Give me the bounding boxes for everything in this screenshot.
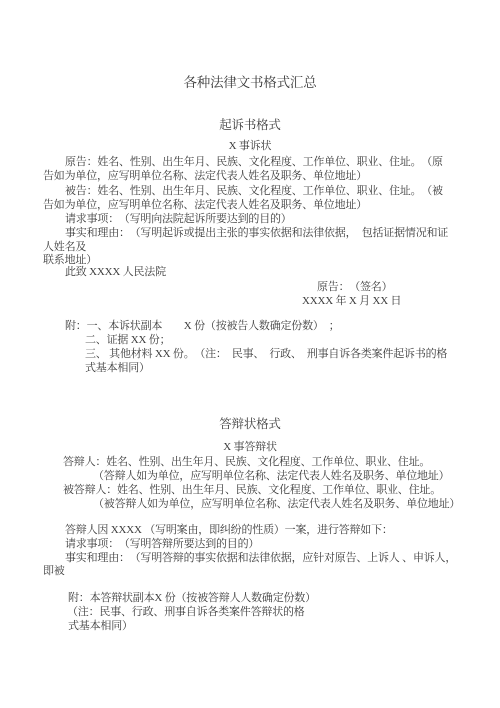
defense-respondent-line-2: （答辩人如为单位，应写明单位名称、法定代表人姓名及职务、单位地址） xyxy=(93,470,449,483)
defense-attachment-line-1: 附：本答辩状副本X 份（按被答辩人人数确定份数） xyxy=(68,592,316,605)
complaint-attachment-line-2: 二、证据 XX 份； xyxy=(85,334,170,347)
complaint-claims-line: 请求事项： （写明向法院起诉所要达到的目的） xyxy=(65,213,292,226)
document-page: 各种法律文书格式汇总 起诉书格式 X 事诉状 原告：姓名、性别、出生年月、民族、… xyxy=(0,0,500,708)
defense-facts-line-1: 事实和理由： （写明答辩的事实依据和法律依据，应针对原告、上诉人 、申诉人， xyxy=(65,552,456,565)
document-title: 各种法律文书格式汇总 xyxy=(0,76,500,89)
complaint-plaintiff-line-2: 告如为单位，应写明单位名称、法定代表人姓名及职务、单位地址） xyxy=(43,170,367,183)
defense-respondee-line-1: 被答辩人：姓名、性别、出生年月、民族、文化程度、工作单位、职业、住址。 xyxy=(63,484,441,497)
complaint-facts-line-1: 事实和理由： （写明起诉或提出主张的事实依据和法律依据， 包括证据情况和证 xyxy=(65,227,448,240)
defense-attachment-line-2: （注：民事、行政、刑事自诉各类案件答辩状的格 xyxy=(67,606,305,619)
defense-section-heading: 答辩状格式 xyxy=(0,418,500,431)
complaint-defendant-line-1: 被告：姓名、性别、出生年月、民族、文化程度、工作单位、职业、住址。 （被 xyxy=(65,185,443,198)
complaint-attachment-line-4: 式基本相同） xyxy=(85,362,150,375)
defense-attachment-line-3: 式基本相同） xyxy=(68,620,133,633)
defense-respondent-line-1: 答辩人：姓名、性别、出生年月、民族、文化程度、工作单位、职业、住址。 xyxy=(63,456,430,469)
complaint-signature-line: 原告： （签名） xyxy=(317,281,392,294)
complaint-date-line: XXXX 年 X 月 XX 日 xyxy=(302,295,401,308)
complaint-court-line: 此致 XXXX 人民法院 xyxy=(65,266,166,279)
complaint-attachment-line-1: 附：一、本诉状副本 X 份（按被告人数确定份数） ； xyxy=(65,320,340,333)
defense-facts-line-2: 即被 xyxy=(43,565,65,578)
complaint-attachment-line-3: 三、 其他材料 XX 份。 （注： 民事、 行政、 刑事自诉各类案件起诉书的格 xyxy=(85,348,447,361)
defense-subheading: X 事答辩状 xyxy=(0,441,500,454)
complaint-subheading: X 事诉状 xyxy=(0,140,500,153)
complaint-section-heading: 起诉书格式 xyxy=(0,119,500,132)
complaint-defendant-line-2: 告如为单位，应写明单位名称、法定代表人姓名及职务、单位地址） xyxy=(43,199,367,212)
defense-respondee-line-2: （被答辩人如为单位，应写明单位名称、法定代表人姓名及职务、单位地址） xyxy=(93,498,460,511)
defense-claims-line: 请求事项： （写明答辩所要达到的目的） xyxy=(65,538,259,551)
complaint-facts-line-2: 人姓名及 xyxy=(43,241,86,254)
defense-case-line: 答辩人因 XXXX （写明案由，即纠纷的性质）一案，进行答辩如下： xyxy=(65,524,393,537)
complaint-plaintiff-line-1: 原告：姓名、性别、出生年月、民族、文化程度、工作单位、职业、住址。 （原 xyxy=(65,156,443,169)
